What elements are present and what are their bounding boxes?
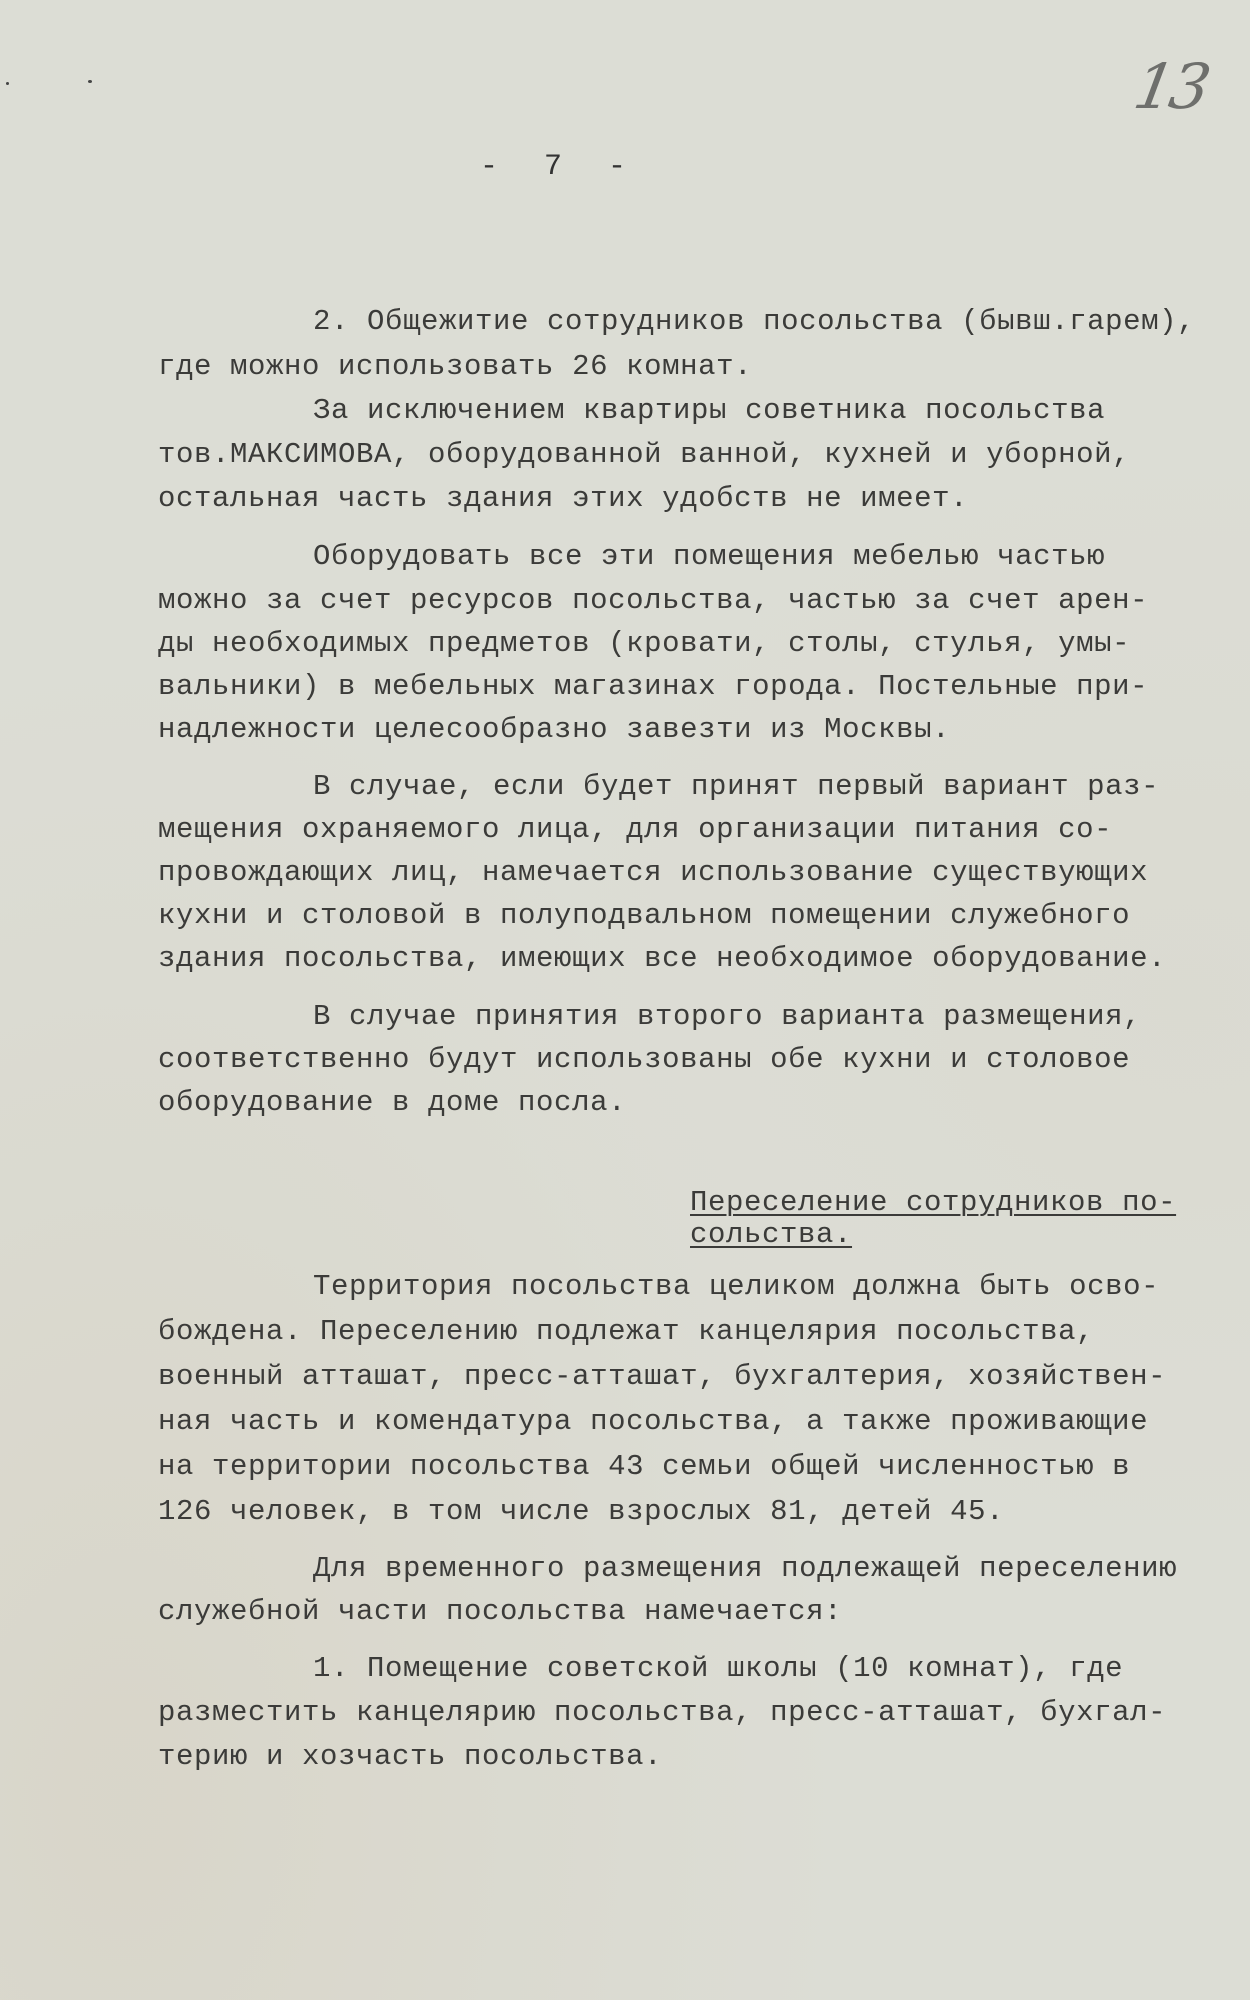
text-line: разместить канцелярию посольства, пресс-… <box>158 1696 1166 1729</box>
text-line: военный атташат, пресс-атташат, бухгалте… <box>158 1360 1166 1393</box>
text-line: мещения охраняемого лица, для организаци… <box>158 813 1112 846</box>
document-page: 13 - 7 - 2. Общежитие сотрудников посоль… <box>0 0 1250 2000</box>
text-line: 2. Общежитие сотрудников посольства (быв… <box>313 305 1195 338</box>
text-line: надлежности целесообразно завезти из Мос… <box>158 713 950 746</box>
text-line: За исключением квартиры советника посоль… <box>313 394 1105 427</box>
text-line: остальная часть здания этих удобств не и… <box>158 482 968 515</box>
text-line: В случае, если будет принят первый вариа… <box>313 770 1159 803</box>
archive-folio-number: 13 <box>1129 50 1213 123</box>
text-line: тов.МАКСИМОВА, оборудованной ванной, кух… <box>158 438 1130 471</box>
text-line: оборудование в доме посла. <box>158 1086 626 1119</box>
page-number: - 7 - <box>480 150 640 184</box>
text-line: провождающих лиц, намечается использован… <box>158 856 1148 889</box>
text-line: В случае принятия второго варианта разме… <box>313 1000 1141 1033</box>
text-line: ды необходимых предметов (кровати, столы… <box>158 627 1130 660</box>
paper-speck <box>88 80 92 83</box>
text-line: соответственно будут использованы обе ку… <box>158 1043 1130 1076</box>
text-line: терию и хозчасть посольства. <box>158 1740 662 1773</box>
text-line: можно за счет ресурсов посольства, часть… <box>158 584 1148 617</box>
text-line: 1. Помещение советской школы (10 комнат)… <box>313 1652 1123 1685</box>
text-line: кухни и столовой в полуподвальном помеще… <box>158 899 1130 932</box>
text-line: где можно использовать 26 комнат. <box>158 350 752 383</box>
heading-line: Переселение сотрудников по- <box>690 1186 1176 1219</box>
text-line: здания посольства, имеющих все необходим… <box>158 942 1166 975</box>
text-line: Для временного размещения подлежащей пер… <box>313 1552 1177 1585</box>
text-line: 126 человек, в том числе взрослых 81, де… <box>158 1495 1004 1528</box>
text-line: бождена. Переселению подлежат канцелярия… <box>158 1315 1094 1348</box>
text-line: служебной части посольства намечается: <box>158 1595 842 1628</box>
heading-line: сольства. <box>690 1218 852 1251</box>
text-line: Оборудовать все эти помещения мебелью ча… <box>313 540 1105 573</box>
text-line: Территория посольства целиком должна быт… <box>313 1270 1159 1303</box>
text-line: вальники) в мебельных магазинах города. … <box>158 670 1148 703</box>
text-line: на территории посольства 43 семьи общей … <box>158 1450 1130 1483</box>
heading-text: сольства. <box>690 1218 852 1251</box>
text-line: ная часть и комендатура посольства, а та… <box>158 1405 1148 1438</box>
paper-speck <box>6 82 9 85</box>
